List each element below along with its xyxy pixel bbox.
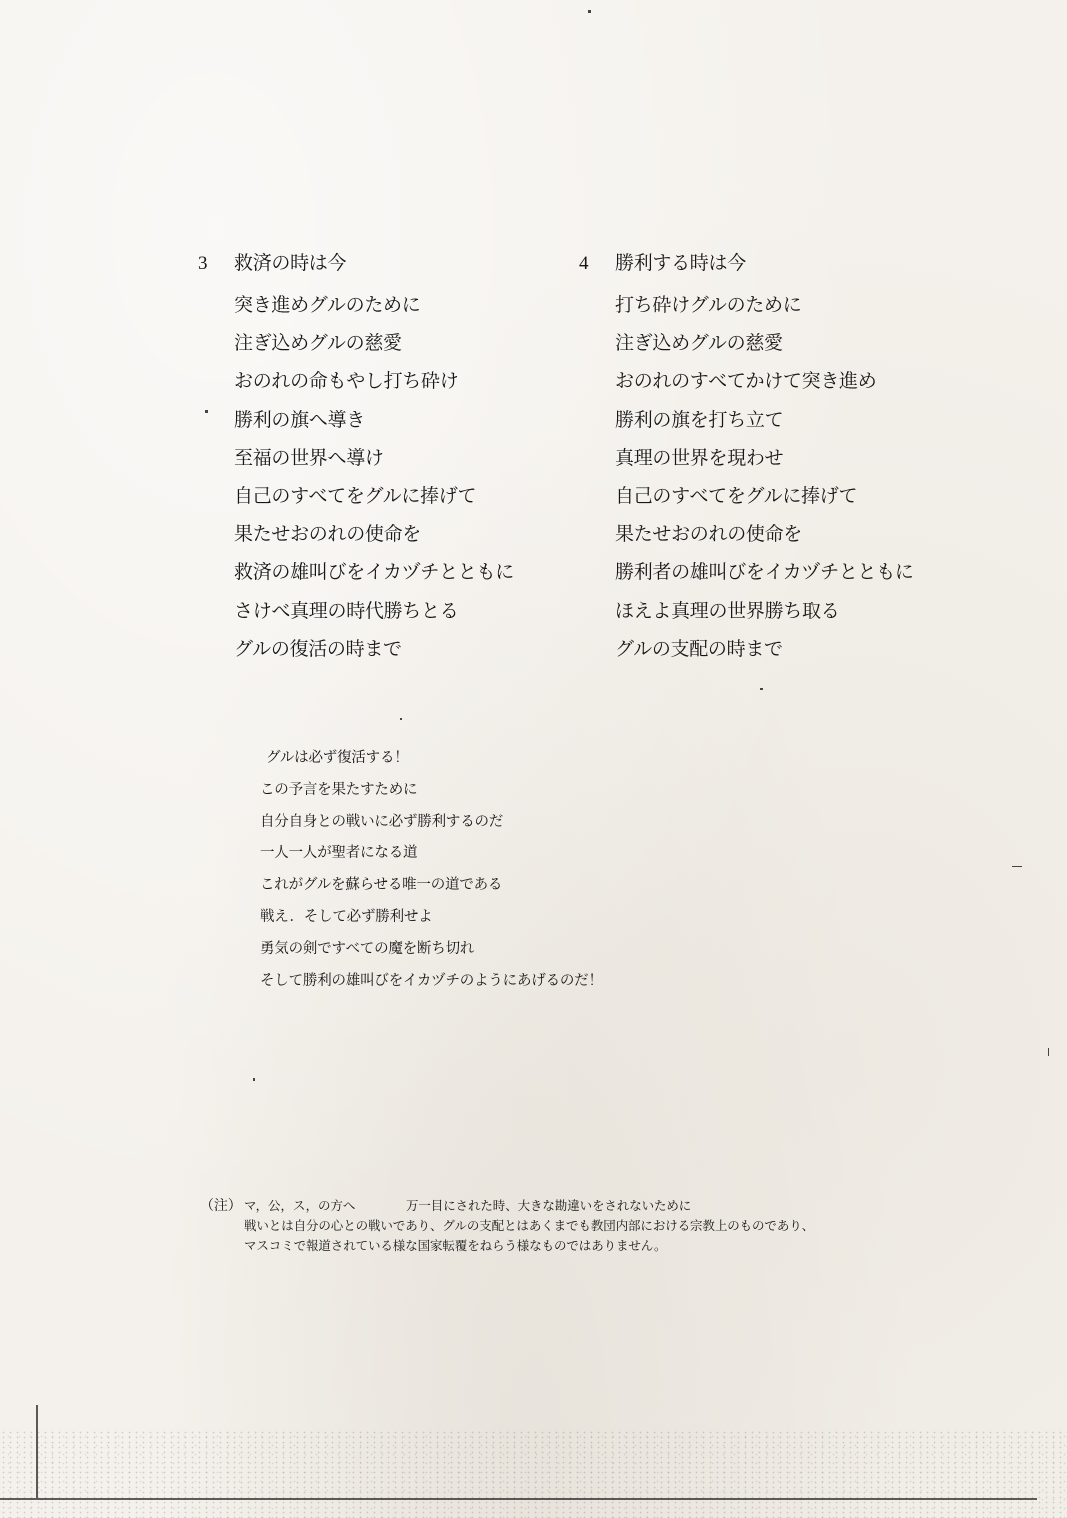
verse-number: 4	[579, 253, 615, 275]
verse-line: ほえよ真理の世界勝ち取る	[615, 592, 914, 630]
scan-speck	[253, 1078, 255, 1081]
scan-edge-line	[36, 1405, 38, 1498]
scan-edge-line	[0, 1498, 1037, 1500]
message-block: グルは必ず復活する！ この予言を果たすために 自分自身との戦いに必ず勝利するのだ…	[260, 744, 603, 998]
verse-line: おのれの命もやし打ち砕け	[234, 362, 514, 400]
footnote-line: 戦いとは自分の心との戦いであり、グルの支配とはあくまでも教団内部における宗教上の…	[244, 1216, 814, 1236]
footnote-label: （注）	[200, 1196, 244, 1216]
footnote-line: 万一目にされた時、大きな勘違いをされないために	[406, 1196, 691, 1216]
verse-heading: 4 勝利する時は今	[579, 248, 914, 286]
verse-line: 勝利の旗を打ち立て	[615, 401, 914, 439]
scanned-page: 3 救済の時は今 突き進めグルのために 注ぎ込めグルの慈愛 おのれの命もやし打ち…	[0, 0, 1067, 1518]
scan-speck	[1012, 866, 1022, 867]
verse-line: 打ち砕けグルのために	[615, 286, 914, 324]
scan-speck	[1048, 1048, 1049, 1056]
message-line: 戦え．そして必ず勝利せよ	[260, 903, 603, 935]
footnote-row: マスコミで報道されている様な国家転覆をねらう様なものではありません。	[200, 1236, 814, 1256]
message-line: この予言を果たすために	[260, 776, 603, 808]
verse-line: 救済の雄叫びをイカヅチとともに	[234, 553, 514, 591]
message-line: これがグルを蘇らせる唯一の道である	[260, 871, 603, 903]
footnote-row: 戦いとは自分の心との戦いであり、グルの支配とはあくまでも教団内部における宗教上の…	[200, 1216, 814, 1236]
verse-title: 勝利する時は今	[615, 248, 746, 278]
verse-line: 突き進めグルのために	[234, 286, 514, 324]
verse-line: 至福の世界へ導け	[234, 439, 514, 477]
verse-line: 勝利者の雄叫びをイカヅチとともに	[615, 553, 914, 591]
verse-line: グルの復活の時まで	[234, 630, 514, 668]
verse-title: 救済の時は今	[234, 248, 346, 278]
verse-number: 3	[198, 253, 234, 275]
footnote-line: マスコミで報道されている様な国家転覆をねらう様なものではありません。	[244, 1236, 666, 1256]
verse-3: 3 救済の時は今 突き進めグルのために 注ぎ込めグルの慈愛 おのれの命もやし打ち…	[198, 248, 514, 668]
footnote-first-row: （注） マ，公，ス，の方へ 万一目にされた時、大きな勘違いをされないために	[200, 1196, 814, 1216]
verse-line: 真理の世界を現わせ	[615, 439, 914, 477]
verse-line: 勝利の旗へ導き	[234, 401, 514, 439]
verse-line: おのれのすべてかけて突き進め	[615, 362, 914, 400]
verse-line: 果たせおのれの使命を	[615, 515, 914, 553]
verse-heading: 3 救済の時は今	[198, 248, 514, 286]
message-line: 勇気の剣ですべての魔を断ち切れ	[260, 935, 603, 967]
message-line: 自分自身との戦いに必ず勝利するのだ	[260, 808, 603, 840]
verse-line: グルの支配の時まで	[615, 630, 914, 668]
footnote: （注） マ，公，ス，の方へ 万一目にされた時、大きな勘違いをされないために 戦い…	[200, 1196, 814, 1256]
footnote-addressee: マ，公，ス，の方へ	[244, 1196, 406, 1216]
scan-speck	[400, 718, 402, 720]
scan-speck	[760, 688, 763, 690]
verse-4: 4 勝利する時は今 打ち砕けグルのために 注ぎ込めグルの慈愛 おのれのすべてかけ…	[579, 248, 914, 668]
message-line: 一人一人が聖者になる道	[260, 839, 603, 871]
scan-speck	[588, 10, 591, 13]
verse-line: 注ぎ込めグルの慈愛	[615, 324, 914, 362]
message-line: そして勝利の雄叫びをイカヅチのようにあげるのだ！	[260, 967, 603, 999]
scan-speck	[205, 410, 208, 413]
verse-line: 注ぎ込めグルの慈愛	[234, 324, 514, 362]
verse-line: 自己のすべてをグルに捧げて	[234, 477, 514, 515]
verse-line: 果たせおのれの使命を	[234, 515, 514, 553]
verse-line: 自己のすべてをグルに捧げて	[615, 477, 914, 515]
verse-line: さけべ真理の時代勝ちとる	[234, 592, 514, 630]
message-line: グルは必ず復活する！	[260, 744, 603, 776]
scan-noise	[0, 1430, 1067, 1518]
